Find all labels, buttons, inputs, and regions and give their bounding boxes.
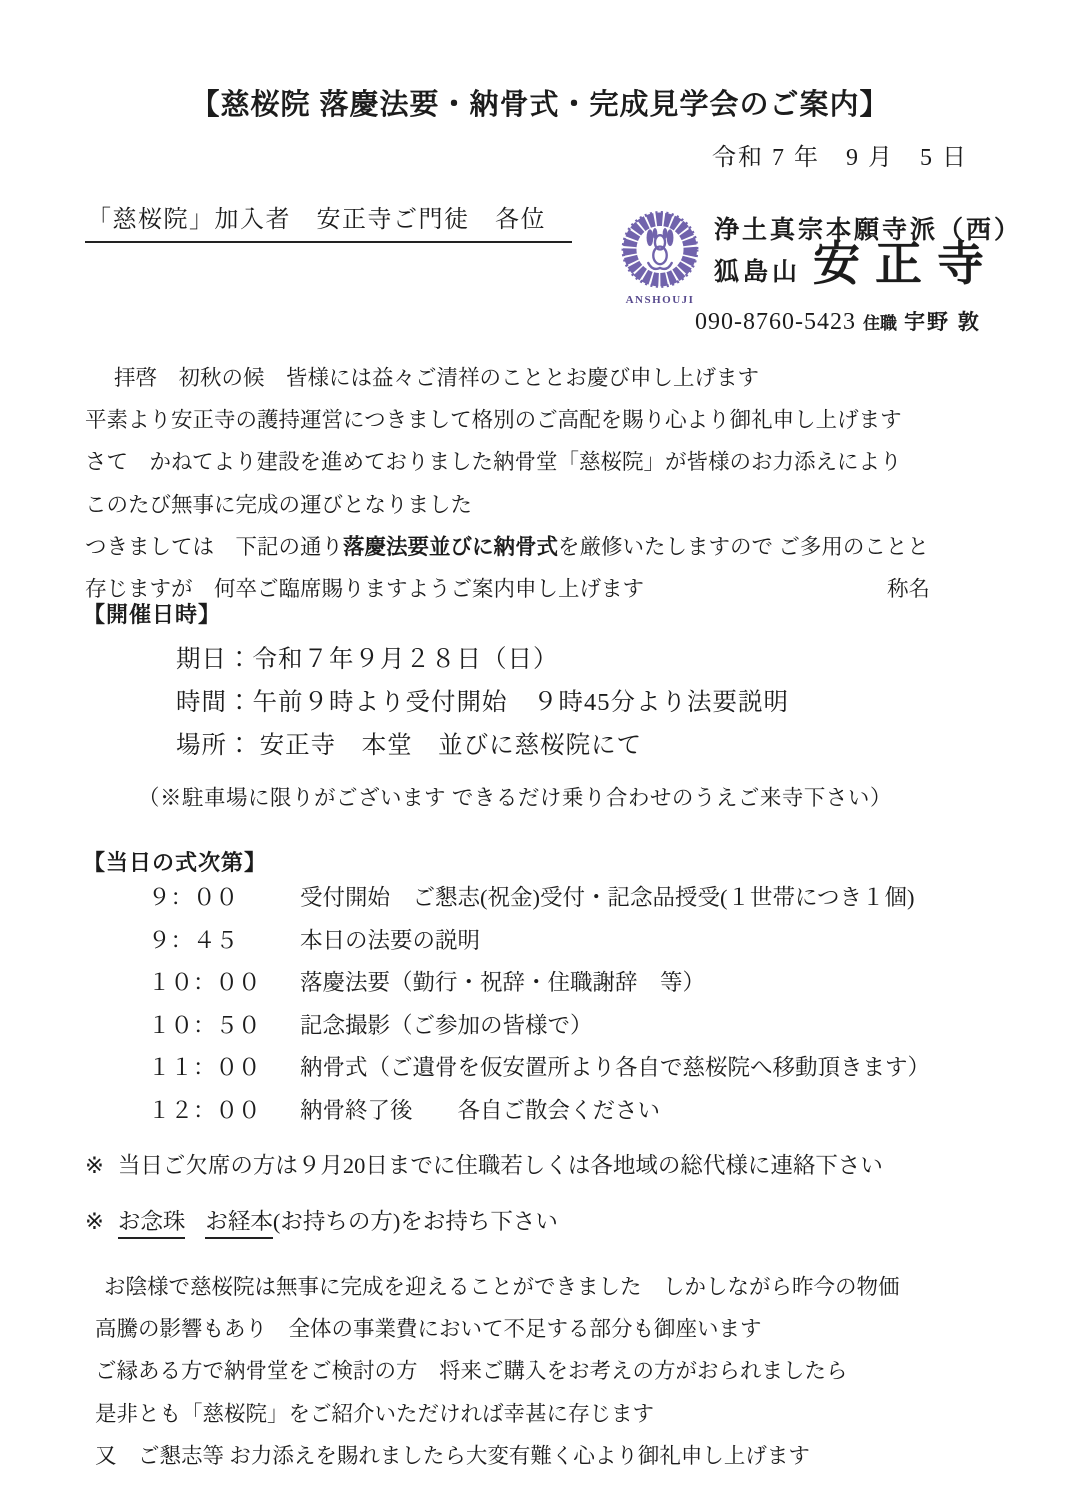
contact-name: 宇野 敦: [904, 306, 981, 336]
closing-word: 称名: [887, 568, 930, 610]
note-marker: ※: [85, 1153, 104, 1178]
schedule-time: １０：００: [148, 962, 300, 1005]
event-place-row: 場所： 安正寺 本堂 並びに慈桜院にて: [176, 724, 789, 767]
greeting-line: このたび無事に完成の運びとなりました: [85, 484, 987, 526]
schedule-time: １１：００: [148, 1047, 300, 1090]
schedule-desc: 落慶法要（勤行・祝辞・住職謝辞 等）: [300, 962, 998, 1005]
page-title: 【慈桜院 落慶法要・納骨式・完成見学会のご案内】: [0, 82, 1080, 123]
closing-line: 是非とも「慈桜院」をご紹介いただければ幸甚に存じます: [95, 1393, 1005, 1435]
schedule-time: １２：００: [148, 1090, 300, 1133]
schedule-time: １０：５０: [148, 1005, 300, 1048]
parking-note: （※駐車場に限りがございます できるだけ乗り合わせのうえご来寺下さい）: [138, 781, 892, 812]
mountain-name: 狐島山: [714, 252, 801, 288]
schedule-list: ９：００ 受付開始 ご懇志(祝金)受付・記念品授受(１世帯につき１個) ９：４５…: [148, 877, 998, 1133]
temple-letterhead: ANSHOUJI 浄土真宗本願寺派（西） 狐島山 安正寺 090-8760-54…: [618, 206, 1013, 341]
schedule-desc: 受付開始 ご懇志(祝金)受付・記念品授受(１世帯につき１個): [300, 877, 998, 920]
closing-line: ご縁ある方で納骨堂をご検討の方 将来ご購入をお考えの方がおられましたら: [95, 1350, 1005, 1392]
greeting-line: さて かねてより建設を進めておりました納骨堂「慈桜院」が皆様のお力添えにより: [85, 441, 987, 483]
contact-role: 住職: [863, 309, 897, 334]
greeting-line: つきましては 下記の通り落慶法要並びに納骨式を厳修いたしますので ご多用のことと: [85, 526, 987, 568]
schedule-desc: 本日の法要の説明: [300, 920, 998, 963]
wisteria-crest-icon: [618, 210, 702, 294]
announcement-document: 【慈桜院 落慶法要・納骨式・完成見学会のご案内】 令和 7 年 9 月 5 日 …: [0, 0, 1080, 1503]
schedule-row: ９：４５ 本日の法要の説明: [148, 920, 998, 963]
schedule-row: １０：００ 落慶法要（勤行・祝辞・住職謝辞 等）: [148, 962, 998, 1005]
temple-name: 安正寺: [813, 240, 999, 292]
bring-items-note: ※お念珠お経本(お持ちの方)をお持ち下さい: [85, 1204, 558, 1236]
event-time-row: 時間：午前９時より受付開始 ９時45分より法要説明: [176, 681, 789, 724]
schedule-row: １２：００ 納骨終了後 各自ご散会ください: [148, 1090, 998, 1133]
schedule-desc: 納骨式（ご遺骨を仮安置所より各自で慈桜院へ移動頂きます）: [300, 1047, 998, 1090]
event-details: 期日：令和７年９月２８日（日） 時間：午前９時より受付開始 ９時45分より法要説…: [176, 638, 789, 767]
greeting-line: 拝啓 初秋の候 皆様には益々ご清祥のこととお慶び申し上げます: [85, 357, 987, 399]
schedule-desc: 納骨終了後 各自ご散会ください: [300, 1090, 998, 1133]
note-underlined-item: お念珠: [118, 1209, 186, 1239]
schedule-section-heading: 【当日の式次第】: [83, 846, 267, 877]
schedule-time: ９：００: [148, 877, 300, 920]
greeting-bold-segment: 落慶法要並びに納骨式: [343, 535, 558, 559]
note-marker: ※: [85, 1209, 104, 1234]
note-text: 当日ご欠席の方は９月20日までに住職若しくは各地域の総代様に連絡下さい: [118, 1153, 883, 1178]
temple-name-row: 狐島山 安正寺: [714, 240, 999, 292]
greeting-line: 平素より安正寺の護持運営につきまして格別のご高配を賜り心より御礼申し上げます: [85, 399, 987, 441]
schedule-row: １１：００ 納骨式（ご遺骨を仮安置所より各自で慈桜院へ移動頂きます）: [148, 1047, 998, 1090]
closing-line: 又 ご懇志等 お力添えを賜れましたら大変有難く心より御礼申し上げます: [95, 1435, 1005, 1477]
greeting-paragraph: 拝啓 初秋の候 皆様には益々ご清祥のこととお慶び申し上げます 平素より安正寺の護…: [85, 357, 987, 610]
greeting-line-segment: を厳修いたしますので ご多用のことと: [558, 535, 929, 559]
closing-line: お陰様で慈桜院は無事に完成を迎えることができました しかしながら昨今の物価: [95, 1266, 1005, 1308]
crest-romaji-label: ANSHOUJI: [616, 294, 704, 306]
greeting-line-segment: つきましては 下記の通り: [85, 535, 343, 559]
event-section-heading: 【開催日時】: [83, 598, 221, 629]
schedule-time: ９：４５: [148, 920, 300, 963]
schedule-desc: 記念撮影（ご参加の皆様で）: [300, 1005, 998, 1048]
phone-number: 090-8760-5423: [695, 309, 856, 336]
note-text: (お持ちの方)をお持ち下さい: [273, 1209, 558, 1234]
closing-paragraph: お陰様で慈桜院は無事に完成を迎えることができました しかしながら昨今の物価 高騰…: [95, 1266, 1005, 1477]
event-date-row: 期日：令和７年９月２８日（日）: [176, 638, 789, 681]
schedule-row: １０：５０ 記念撮影（ご参加の皆様で）: [148, 1005, 998, 1048]
issue-date: 令和 7 年 9 月 5 日: [712, 137, 968, 172]
note-underlined-item: お経本: [205, 1209, 273, 1239]
schedule-row: ９：００ 受付開始 ご懇志(祝金)受付・記念品授受(１世帯につき１個): [148, 877, 998, 920]
absence-note: ※当日ご欠席の方は９月20日までに住職若しくは各地域の総代様に連絡下さい: [85, 1148, 883, 1180]
addressee-line: 「慈桜院」加入者 安正寺ご門徒 各位: [85, 199, 572, 243]
contact-row: 090-8760-5423 住職 宇野 敦: [695, 306, 981, 336]
closing-line: 高騰の影響もあり 全体の事業費において不足する部分も御座います: [95, 1308, 1005, 1350]
